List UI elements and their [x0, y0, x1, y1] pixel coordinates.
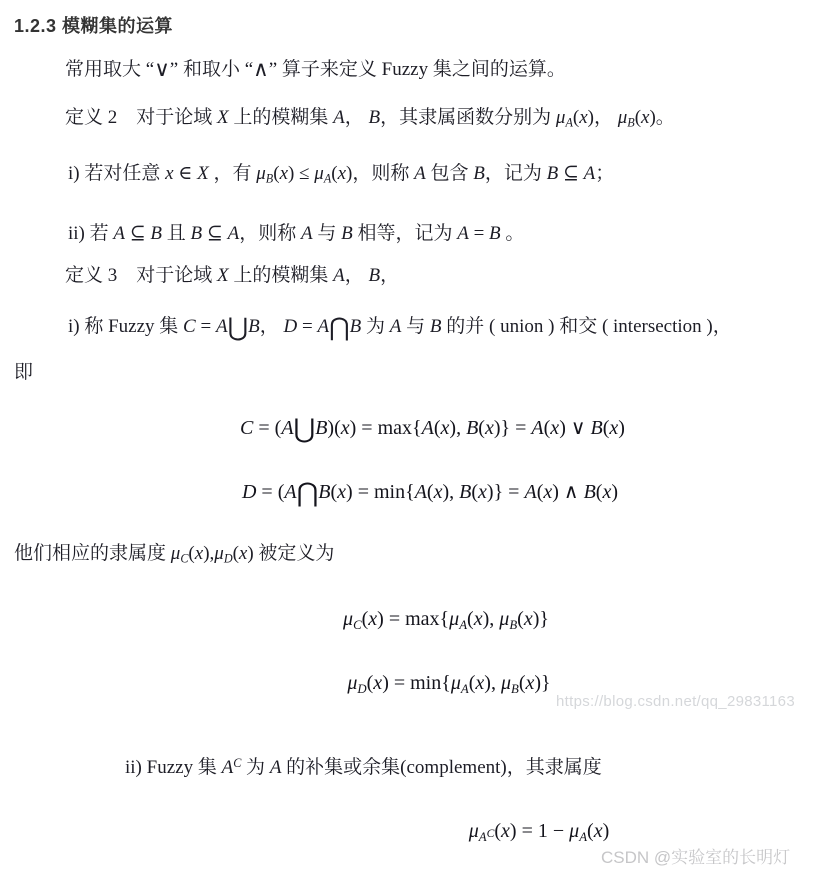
clause-i-union-intersection: i) 称 Fuzzy 集 C = A⋃B， D = A⋂B 为 A 与 B 的并… — [68, 314, 732, 340]
watermark-credit: CSDN @实验室的长明灯 — [601, 843, 790, 868]
definition-2: 定义 2 对于论域 X 上的模糊集 A， B，其隶属函数分别为 μA(x)， μ… — [65, 105, 675, 136]
paragraph-operators: 常用取大 “∨” 和取小 “∧” 算子来定义 Fuzzy 集之间的运算。 — [65, 56, 566, 83]
word-namely: 即 — [14, 360, 33, 386]
clause-ii-equality: ii) 若 A ⊆ B 且 B ⊆ A，则称 A 与 B 相等，记为 A = B… — [68, 221, 524, 247]
formula-mu-c-max: μC(x) = max{μA(x), μB(x)} — [0, 604, 830, 640]
formula-intersection: D = (A⋂B(x) = min{A(x), B(x)} = A(x) ∧ B… — [0, 477, 830, 507]
definition-3: 定义 3 对于论域 X 上的模糊集 A， B， — [65, 263, 399, 289]
paragraph-membership-degrees: 他们相应的隶属度 μC(x),μD(x) 被定义为 — [14, 541, 334, 572]
formula-union: C = (A⋃B)(x) = max{A(x), B(x)} = A(x) ∨ … — [0, 413, 830, 443]
document-page: 1.2.3 模糊集的运算 常用取大 “∨” 和取小 “∧” 算子来定义 Fuzz… — [0, 0, 830, 872]
watermark-url: https://blog.csdn.net/qq_29831163 — [556, 693, 795, 710]
clause-ii-complement: ii) Fuzzy 集 AC 为 A 的补集或余集(complement)，其隶… — [125, 750, 602, 781]
clause-i-inclusion: i) 若对任意 x ∈ X ，有 μB(x) ≤ μA(x)，则称 A 包含 B… — [68, 161, 614, 192]
section-heading: 1.2.3 模糊集的运算 — [14, 12, 173, 38]
